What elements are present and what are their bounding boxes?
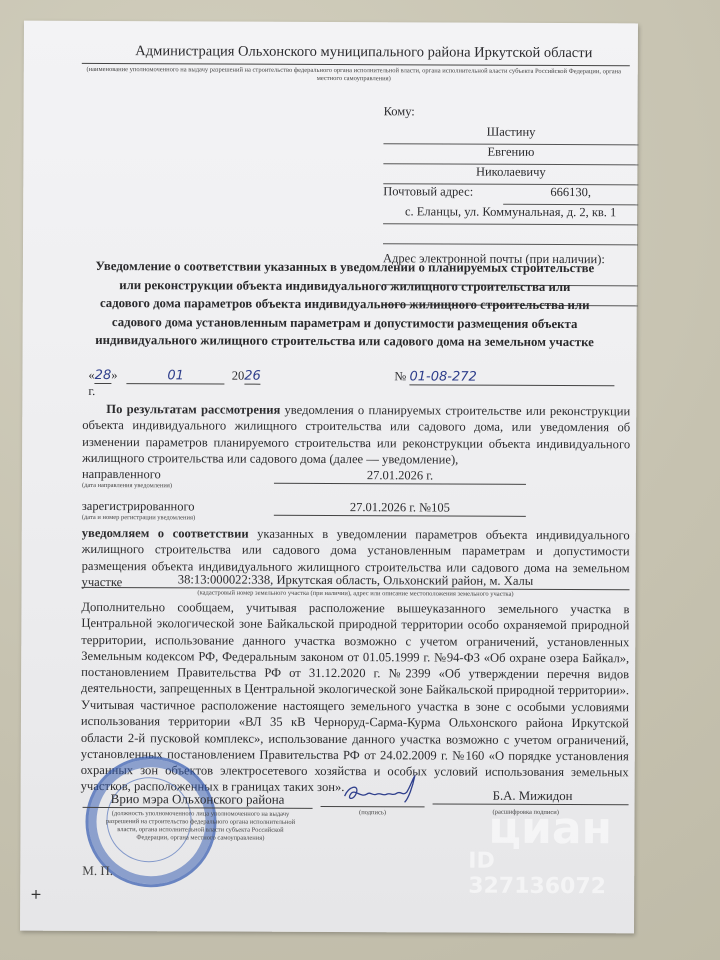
signatory-position-note: (должность уполномоченного лица уполномо…: [100, 810, 300, 843]
margin-mark: +: [30, 887, 42, 903]
date-year-suffix: 26: [244, 369, 261, 385]
number-value: 01-08-272: [409, 369, 614, 386]
signature-underline: [321, 806, 425, 807]
postal-blank-row: [383, 224, 638, 245]
date-month: 01: [127, 368, 225, 384]
postal-address-row: с. Еланцы, ул. Коммунальная, д. 2, кв. 1: [383, 204, 638, 225]
sent-row: направленного (дата направления уведомле…: [82, 467, 630, 497]
additional-paragraph-1: Дополнительно сообщаем, учитывая располо…: [81, 599, 629, 699]
watermark-brand: циан: [488, 803, 612, 855]
signature: [339, 774, 429, 808]
signature-note: (подпись): [321, 809, 425, 817]
postal-address: с. Еланцы, ул. Коммунальная, д. 2, кв. 1: [383, 200, 638, 223]
number-row: № 01-08-272: [394, 369, 626, 390]
stamp-place: М. П.: [82, 863, 113, 879]
intro-paragraph: По результатам рассмотрения уведомления …: [82, 401, 630, 469]
signatory-position: Врио мэра Ольхонского района: [83, 791, 313, 809]
date-year-unit: г.: [88, 384, 95, 398]
postal-label: Почтовый адрес:: [383, 180, 473, 202]
document-page: Администрация Ольхонского муниципального…: [20, 21, 638, 934]
number-label: №: [394, 369, 406, 383]
date-year-prefix: 20: [232, 369, 245, 383]
issuer-name: Администрация Ольхонского муниципального…: [84, 43, 644, 62]
intro-bold: По результатам рассмотрения: [106, 402, 280, 417]
notify-bold: уведомляем о соответствии: [82, 526, 249, 541]
watermark-id: ID 327136072: [468, 849, 634, 900]
document-title: Уведомление о соответствии указанных в у…: [95, 257, 595, 352]
date-row: «28» 01 2026 г.: [88, 368, 268, 389]
plot-value: 38:13:000022:338, Иркутская область, Оль…: [82, 572, 630, 590]
date-day: 28: [95, 368, 112, 384]
plot-note: (кадастровый номер земельного участка (п…: [81, 589, 629, 599]
sent-value: 27.01.2026 г.: [274, 468, 526, 485]
date-close-quote: »: [111, 368, 117, 382]
issuer-note: (наименование уполномоченного на выдачу …: [84, 66, 624, 84]
registered-value: 27.01.2026 г. №105: [274, 500, 526, 517]
